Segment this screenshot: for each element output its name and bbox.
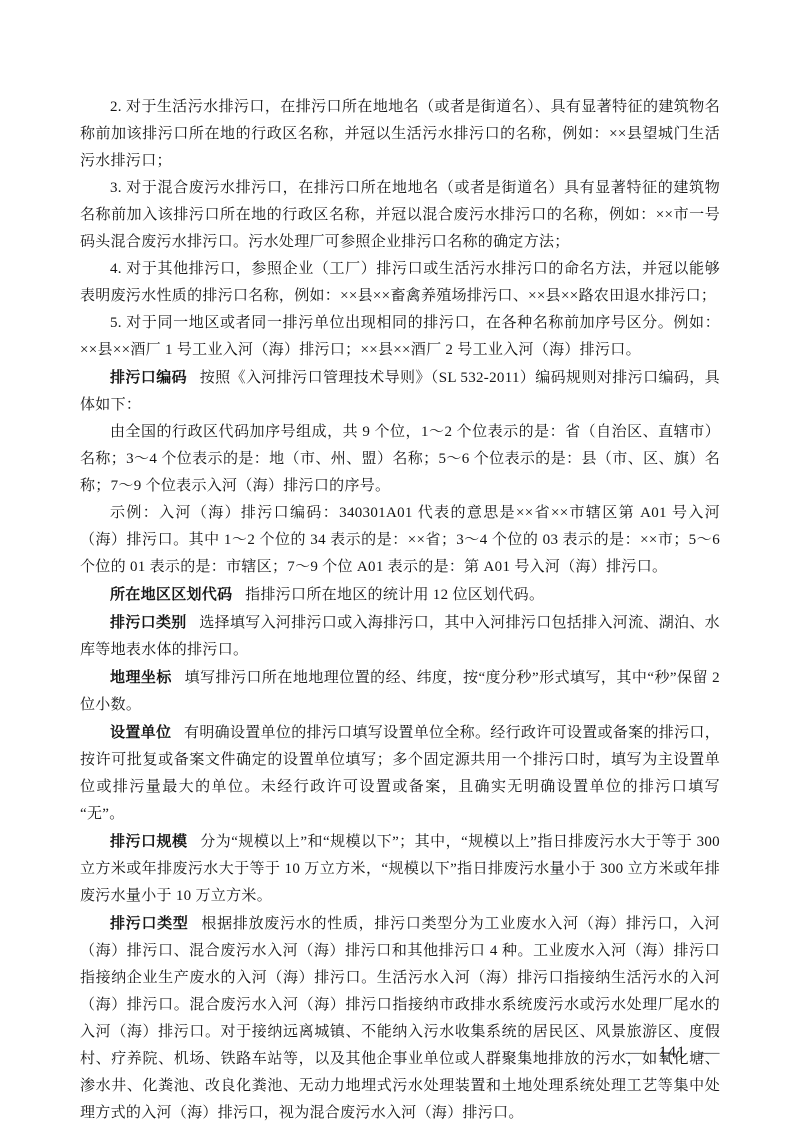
paragraph-text: 2. 对于生活污水排污口，在排污口所在地地名（或者是街道名）、具有显著特征的建筑… (80, 99, 720, 169)
paragraph-text: 示例：入河（海）排污口编码：340301A01 代表的意思是××省××市辖区第 … (80, 505, 720, 575)
paragraph: 5. 对于同一地区或者同一排污单位出现相同的排污口，在各种名称前加序号区分。例如… (80, 310, 720, 364)
paragraph-text: 填写排污口所在地地理位置的经、纬度，按“度分秒”形式填写，其中“秒”保留 2 位… (80, 670, 720, 713)
document-body: 2. 对于生活污水排污口，在排污口所在地地名（或者是街道名）、具有显著特征的建筑… (80, 94, 720, 1127)
paragraph: 3. 对于混合废污水排污口，在排污口所在地地名（或者是街道名）具有显著特征的建筑… (80, 175, 720, 256)
page-number-value: 141 (659, 1042, 686, 1064)
paragraph: 示例：入河（海）排污口编码：340301A01 代表的意思是××省××市辖区第 … (80, 500, 720, 581)
paragraph-text: 根据排放废污水的性质，排污口类型分为工业废水入河（海）排污口，入河（海）排污口、… (80, 916, 720, 1121)
paragraph: 排污口编码按照《入河排污口管理技术导则》（SL 532-2011）编码规则对排污… (80, 364, 720, 419)
footer-dash-left: — (626, 1042, 647, 1064)
paragraph: 排污口规模分为“规模以上”和“规模以下”；其中，“规模以上”指日排废污水大于等于… (80, 828, 720, 910)
term-label-geo-coordinates: 地理坐标 (110, 669, 172, 686)
paragraph: 由全国的行政区代码加序号组成，共 9 个位，1～2 个位表示的是：省（自治区、直… (80, 419, 720, 500)
paragraph: 所在地区区划代码指排污口所在地区的统计用 12 位区划代码。 (80, 581, 720, 609)
paragraph-text: 5. 对于同一地区或者同一排污单位出现相同的排污口，在各种名称前加序号区分。例如… (80, 315, 720, 358)
paragraph: 2. 对于生活污水排污口，在排污口所在地地名（或者是街道名）、具有显著特征的建筑… (80, 94, 720, 175)
page-number: — 141 — (628, 1042, 717, 1064)
term-label-setup-unit: 设置单位 (110, 724, 171, 741)
paragraph-text: 有明确设置单位的排污口填写设置单位全称。经行政许可设置或备案的排污口，按许可批复… (80, 725, 720, 822)
paragraph: 4. 对于其他排污口，参照企业（工厂）排污口或生活污水排污口的命名方法，并冠以能… (80, 256, 720, 310)
paragraph: 排污口类型根据排放废污水的性质，排污口类型分为工业废水入河（海）排污口，入河（海… (80, 910, 720, 1127)
paragraph-text: 4. 对于其他排污口，参照企业（工厂）排污口或生活污水排污口的命名方法，并冠以能… (80, 261, 720, 304)
paragraph-text: 指排污口所在地区的统计用 12 位区划代码。 (245, 587, 544, 603)
paragraph: 排污口类别选择填写入河排污口或入海排污口，其中入河排污口包括排入河流、湖泊、水库… (80, 609, 720, 664)
term-label-outlet-type: 排污口类型 (110, 915, 189, 932)
paragraph: 设置单位有明确设置单位的排污口填写设置单位全称。经行政许可设置或备案的排污口，按… (80, 719, 720, 828)
paragraph-text: 3. 对于混合废污水排污口，在排污口所在地地名（或者是街道名）具有显著特征的建筑… (80, 180, 720, 250)
paragraph: 地理坐标填写排污口所在地地理位置的经、纬度，按“度分秒”形式填写，其中“秒”保留… (80, 664, 720, 719)
term-label-outlet-code: 排污口编码 (110, 369, 187, 386)
term-label-outlet-scale: 排污口规模 (110, 833, 187, 850)
paragraph-text: 由全国的行政区代码加序号组成，共 9 个位，1～2 个位表示的是：省（自治区、直… (80, 424, 720, 494)
document-page: { "colors": { "page_background": "#fffff… (0, 0, 800, 1131)
footer-dash-right: — (699, 1042, 720, 1064)
term-label-region-code: 所在地区区划代码 (110, 586, 232, 603)
term-label-outlet-category: 排污口类别 (110, 614, 187, 631)
